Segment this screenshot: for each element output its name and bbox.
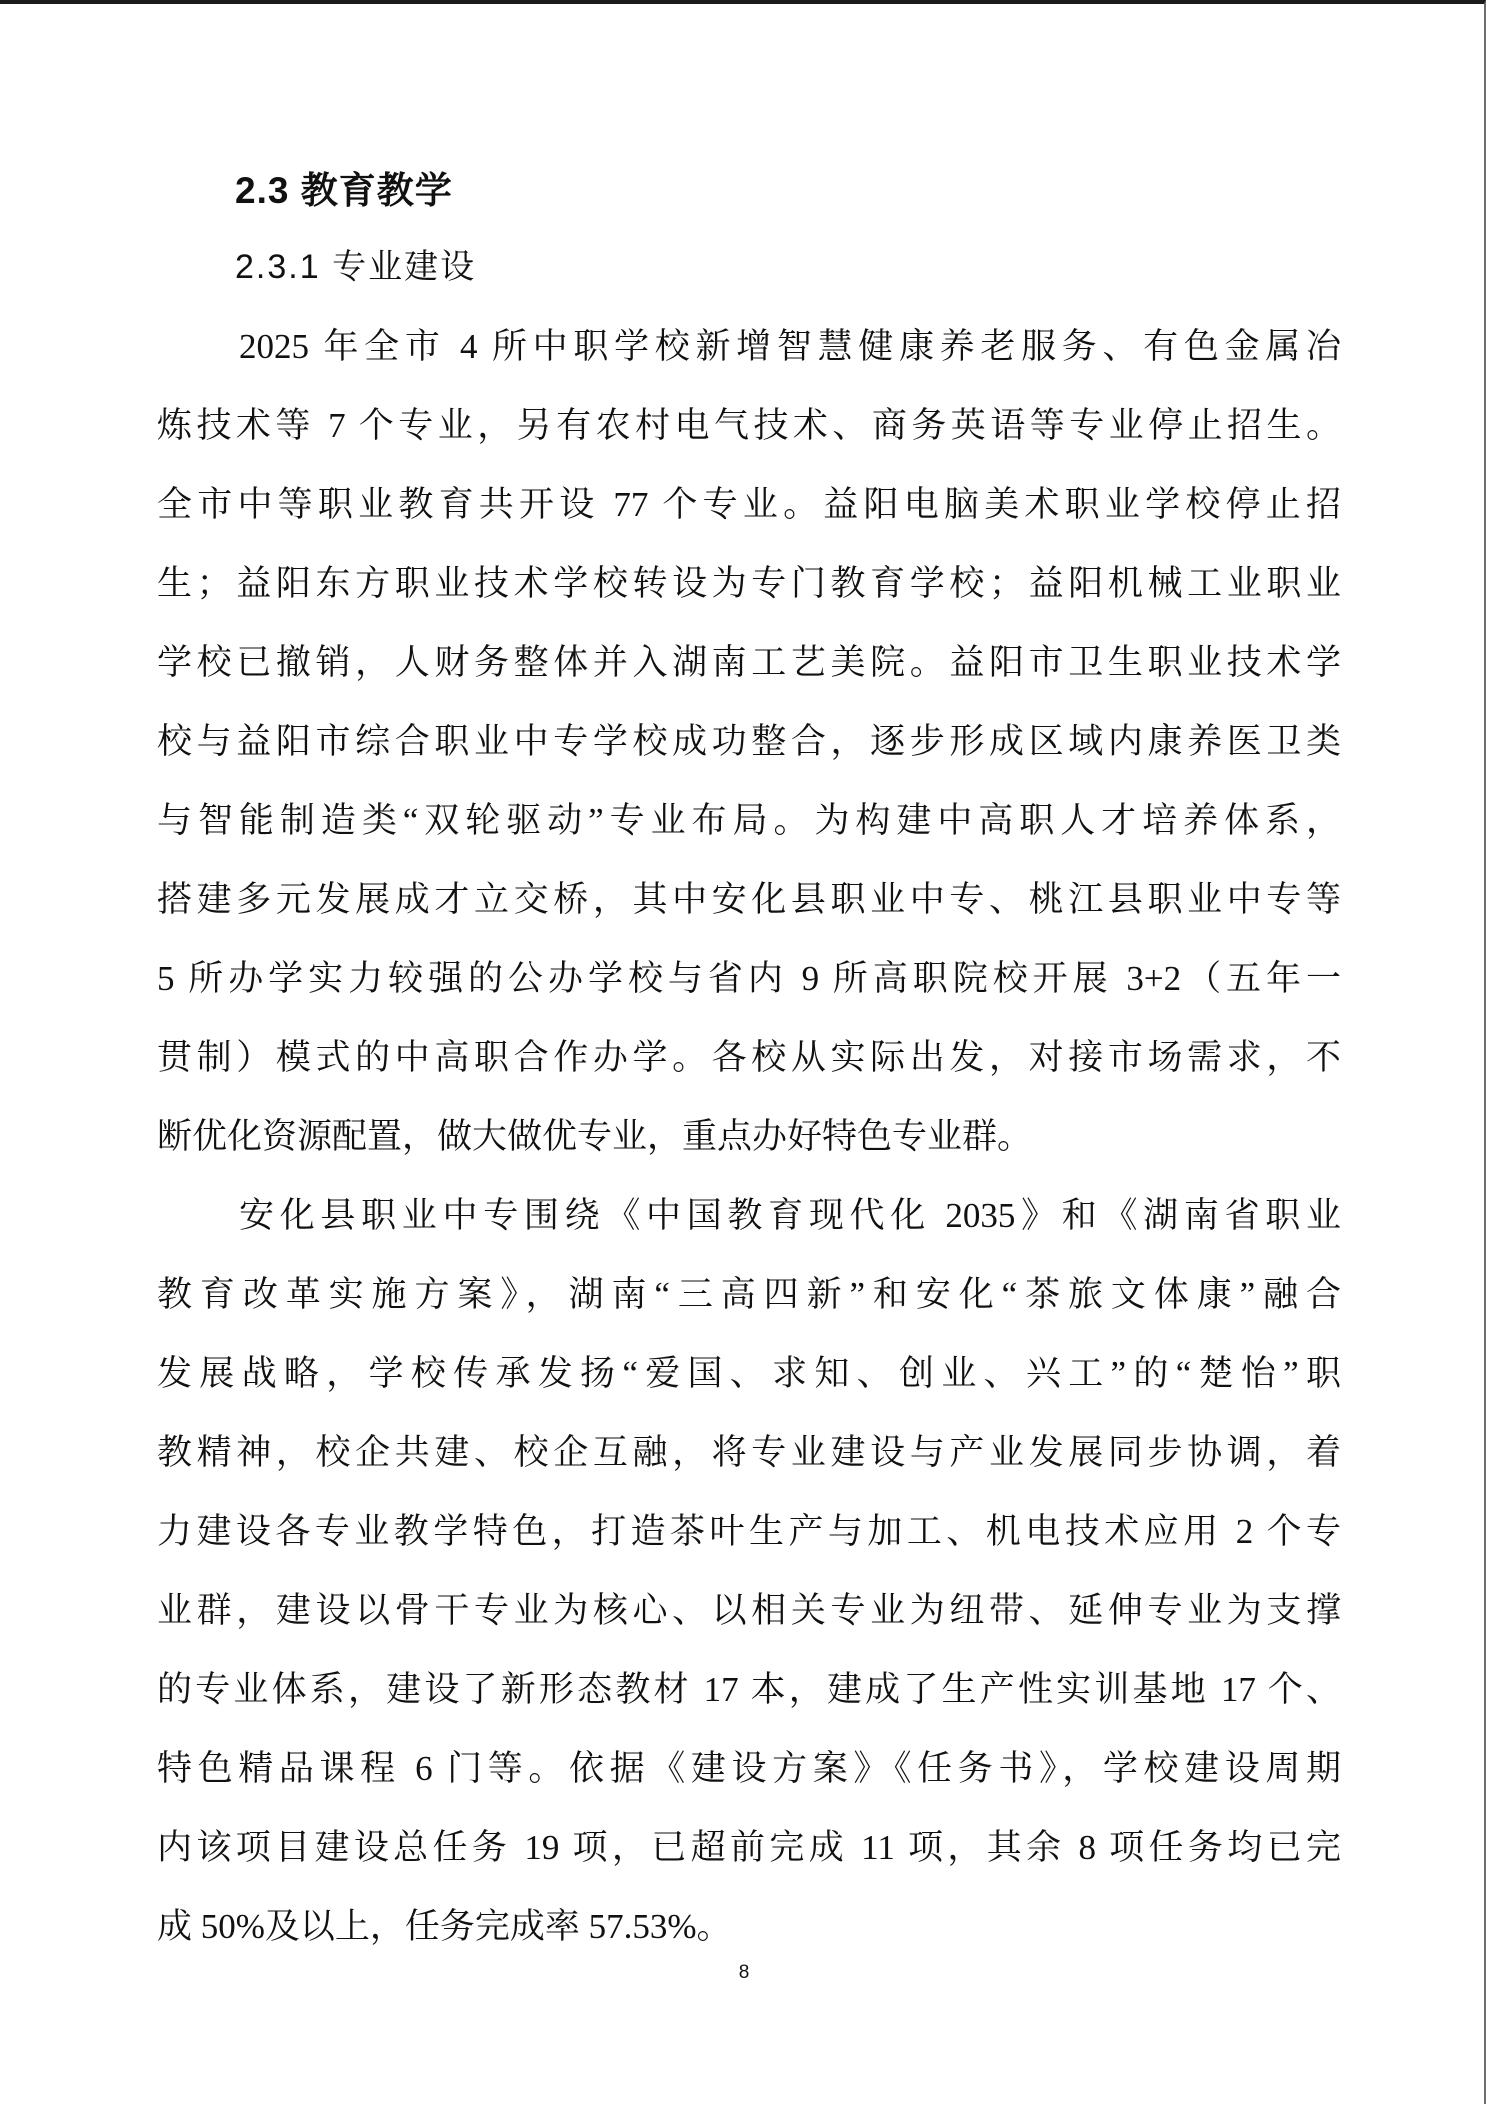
paragraph-line: 业群，建设以骨干专业为核心、以相关专业为纽带、延伸专业为支撑 — [157, 1571, 1341, 1650]
document-page: 2.3 教育教学 2.3.1 专业建设 2025 年全市 4 所中职学校新增智慧… — [0, 0, 1486, 2104]
paragraph-line: 炼技术等 7 个专业，另有农村电气技术、商务英语等专业停止招生。 — [157, 386, 1341, 465]
paragraph-line: 校与益阳市综合职业中专学校成功整合，逐步形成区域内康养医卫类 — [157, 702, 1341, 781]
paragraph-line: 安化县职业中专围绕《中国教育现代化 2035》和《湖南省职业 — [157, 1176, 1341, 1255]
paragraph-line: 特色精品课程 6 门等。依据《建设方案》《任务书》，学校建设周期 — [157, 1729, 1341, 1808]
paragraph-line: 与智能制造类“双轮驱动”专业布局。为构建中高职人才培养体系， — [157, 781, 1341, 860]
paragraph-line: 5 所办学实力较强的公办学校与省内 9 所高职院校开展 3+2（五年一 — [157, 939, 1341, 1018]
page-number: 8 — [0, 1959, 1488, 1987]
paragraph-2: 安化县职业中专围绕《中国教育现代化 2035》和《湖南省职业 教育改革实施方案》… — [157, 1176, 1341, 1966]
section-heading: 2.3 教育教学 — [235, 164, 453, 218]
paragraph-line: 力建设各专业教学特色，打造茶叶生产与加工、机电技术应用 2 个专 — [157, 1492, 1341, 1571]
paragraph-line: 全市中等职业教育共开设 77 个专业。益阳电脑美术职业学校停止招 — [157, 465, 1341, 544]
paragraph-line: 生；益阳东方职业技术学校转设为专门教育学校；益阳机械工业职业 — [157, 544, 1341, 623]
paragraph-line: 2025 年全市 4 所中职学校新增智慧健康养老服务、有色金属冶 — [157, 307, 1341, 386]
paragraph-line: 教育改革实施方案》，湖南“三高四新”和安化“茶旅文体康”融合 — [157, 1255, 1341, 1334]
body-text: 2025 年全市 4 所中职学校新增智慧健康养老服务、有色金属冶 炼技术等 7 … — [157, 307, 1341, 1966]
paragraph-line: 发展战略，学校传承发扬“爱国、求知、创业、兴工”的“楚怡”职 — [157, 1334, 1341, 1413]
subsection-heading: 2.3.1 专业建设 — [235, 240, 476, 294]
paragraph-line: 搭建多元发展成才立交桥，其中安化县职业中专、桃江县职业中专等 — [157, 860, 1341, 939]
paragraph-1: 2025 年全市 4 所中职学校新增智慧健康养老服务、有色金属冶 炼技术等 7 … — [157, 307, 1341, 1176]
paragraph-line: 内该项目建设总任务 19 项，已超前完成 11 项，其余 8 项任务均已完 — [157, 1808, 1341, 1887]
paragraph-line: 的专业体系，建设了新形态教材 17 本，建成了生产性实训基地 17 个、 — [157, 1650, 1341, 1729]
paragraph-line: 贯制）模式的中高职合作办学。各校从实际出发，对接市场需求，不 — [157, 1018, 1341, 1097]
paragraph-line: 教精神，校企共建、校企互融，将专业建设与产业发展同步协调，着 — [157, 1413, 1341, 1492]
paragraph-line: 断优化资源配置，做大做优专业，重点办好特色专业群。 — [157, 1097, 1341, 1176]
paragraph-line: 成 50%及以上，任务完成率 57.53%。 — [157, 1887, 1341, 1966]
paragraph-line: 学校已撤销，人财务整体并入湖南工艺美院。益阳市卫生职业技术学 — [157, 623, 1341, 702]
